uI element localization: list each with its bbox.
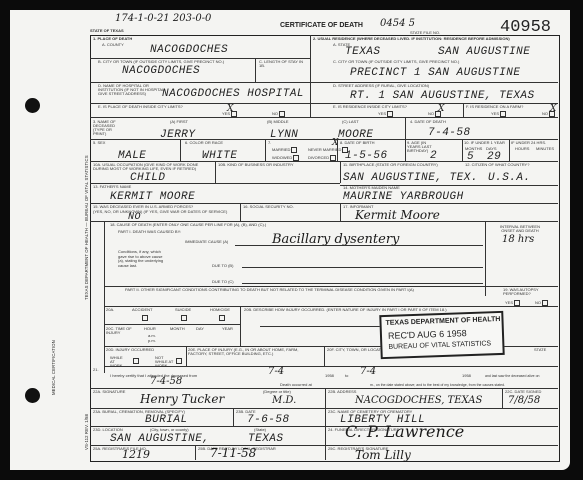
suicide-checkbox[interactable] — [181, 315, 187, 321]
residence-street-label: d. STREET ADDRESS (If rural, give locati… — [333, 84, 429, 88]
physician-signature: Henry Tucker — [140, 392, 224, 406]
state-sub-label: (State) — [254, 428, 266, 432]
injury-location-label: 20f. CITY, TOWN, OR LOCATION — [327, 348, 388, 352]
death-certificate: TEXAS DEPARTMENT OF HEALTH — BUREAU OF V… — [10, 10, 570, 470]
attended-from-date: 7-4 — [268, 366, 284, 377]
part1-label: PART I. DEATH WAS CAUSED BY: — [118, 230, 181, 234]
stamp-line-3: BUREAU OF VITAL STATISTICS — [388, 340, 491, 351]
widowed-label: Widowed — [272, 155, 292, 160]
birthplace-label: 11. BIRTHPLACE (State or foreign country… — [343, 163, 438, 167]
residence-county: SAN AUGUSTINE — [438, 46, 530, 58]
race-label: 6. COLOR OR RACE — [185, 141, 223, 145]
residence-inside-label: e. IS RESIDENCE INSIDE CITY LIMITS? — [333, 105, 407, 109]
injury-state-label: STATE — [534, 348, 546, 352]
ssn-label: 16. SOCIAL SECURITY NO. — [243, 205, 294, 209]
physician-degree: M.D. — [272, 395, 296, 406]
autopsy-label: 19. WAS AUTOPSY PERFORMED? — [503, 288, 555, 296]
residence-city-label: c. CITY OR TOWN (If outside city limits,… — [333, 60, 459, 64]
funeral-director-signature: C. P. Lawrence — [345, 422, 464, 441]
institution-label: d. NAME OF HOSPITAL OR INSTITUTION (If n… — [98, 84, 168, 96]
part2-label: PART II. OTHER SIGNIFICANT CONDITIONS CO… — [125, 288, 414, 292]
burial-state: TEXAS — [248, 433, 284, 445]
while-at-work-checkbox[interactable] — [133, 358, 139, 364]
year-label: Year — [222, 327, 233, 331]
state-label: STATE OF TEXAS — [90, 29, 124, 33]
burial-date: 7-6-58 — [247, 414, 290, 426]
attended-to-date: 7-4 — [360, 366, 376, 377]
last-seen-text: and last saw the deceased alive on — [485, 374, 539, 378]
stamp-line-1: TEXAS DEPARTMENT OF HEALTH — [385, 316, 500, 327]
death-occurred-text: Death occurred at — [280, 383, 312, 387]
inside-limits-label: e. IS PLACE OF DEATH INSIDE CITY LIMITS? — [98, 105, 183, 109]
place-of-death-label: 1. PLACE OF DEATH — [93, 37, 132, 41]
married-label: Married — [272, 147, 290, 152]
no-label: NO — [428, 111, 434, 116]
manner-label: 20a. — [106, 308, 114, 312]
marital-never-married[interactable]: Never Married — [308, 147, 348, 153]
registrar-file-no: 1219 — [122, 448, 150, 461]
first-name-label: (a) First — [170, 120, 188, 124]
marital-married[interactable]: Married — [272, 147, 297, 153]
yes-label: YES — [491, 111, 499, 116]
marital-label: 7. — [268, 141, 271, 145]
day-label: Day — [196, 327, 204, 331]
date-of-death-label: 4. DATE OF DEATH — [410, 120, 446, 124]
interval-label: INTERVAL BETWEEN ONSET AND DEATH — [500, 225, 540, 233]
certification-label: 21. — [93, 368, 99, 372]
attended-from-year: 1958 — [325, 374, 334, 378]
to-label: to — [345, 374, 348, 378]
due-to-c-label: DUE TO (c) — [212, 280, 234, 284]
date-signed-label: 22c. DATE SIGNED — [505, 390, 541, 394]
death-institution: NACOGDOCHES HOSPITAL — [162, 88, 304, 100]
father-label: 13. FATHER'S NAME — [93, 185, 131, 189]
residence-farm-label: f. IS RESIDENCE ON A FARM? — [466, 105, 523, 109]
degree-label: (Degree or title) — [263, 390, 291, 394]
length-of-stay-label: c. LENGTH OF STAY in 1b. — [259, 60, 309, 68]
side-medical-text: MEDICAL CERTIFICATION — [51, 340, 56, 395]
homicide-label: HOMICIDE — [210, 308, 230, 312]
under-24-hrs-label: IF UNDER 24 HRS. — [511, 141, 546, 145]
burial-location: SAN AUGUSTINE, — [110, 433, 209, 445]
time-of-injury-label: 20c. TIME OF INJURY — [106, 327, 136, 335]
no-label: NO — [272, 111, 278, 116]
side-form-number: VS-112 REV. 1/58 — [84, 414, 89, 450]
no-label: NO — [535, 300, 541, 305]
registrar-signature: Tom Lilly — [355, 448, 411, 462]
interval: 18 hrs — [502, 234, 534, 245]
not-at-work-checkbox[interactable] — [176, 358, 182, 364]
age-label: 9. AGE (In years last birthday) — [407, 141, 432, 153]
minutes-label: Minutes — [536, 147, 554, 151]
yes-label: YES — [505, 300, 513, 305]
middle-name-label: (b) Middle — [267, 120, 289, 124]
stamp-date: REC'D AUG 6 1958 — [388, 328, 467, 341]
immediate-cause-label: IMMEDIATE CAUSE (a) — [185, 240, 228, 244]
name-label: 3. NAME OF DECEASED (Type or print) — [93, 120, 125, 136]
certificate-title: CERTIFICATE OF DEATH — [280, 22, 363, 29]
address-label: 22b. ADDRESS — [328, 390, 356, 394]
residence-state: TEXAS — [345, 46, 381, 58]
punch-hole-bottom — [25, 388, 40, 403]
yes-label: YES — [378, 111, 386, 116]
location-sub-label: (City, town, or county) — [150, 428, 189, 432]
conditions-note: Conditions, if any, which gave rise to a… — [118, 250, 166, 268]
date-signed: 7/8/58 — [508, 395, 540, 406]
homicide-checkbox[interactable] — [219, 315, 225, 321]
death-city: NACOGDOCHES — [122, 65, 200, 77]
burial-type: BURIAL — [145, 414, 188, 426]
married-checkbox[interactable] — [291, 147, 297, 153]
death-county: NACOGDOCHES — [150, 44, 228, 56]
accident-label: ACCIDENT — [132, 308, 152, 312]
residence-city: PRECINCT 1 SAN AUGUSTINE — [350, 67, 520, 79]
father-name: KERMIT MOORE — [110, 191, 195, 203]
residence-inside-mark: X — [438, 104, 444, 114]
date-of-death: 7-4-58 — [428, 127, 471, 139]
received-stamp: TEXAS DEPARTMENT OF HEALTH REC'D AUG 6 1… — [379, 311, 504, 359]
cause-label: 18. CAUSE OF DEATH (Enter only one cause… — [110, 223, 266, 227]
suicide-label: SUICIDE — [175, 308, 191, 312]
state-file-number: 0454 5 — [380, 18, 415, 29]
business-label: 10b. KIND OF BUSINESS OR INDUSTRY — [218, 163, 294, 167]
certification-statement: m., on the date stated above; and to the… — [370, 383, 505, 387]
accident-checkbox[interactable] — [142, 315, 148, 321]
hour-label: Hour — [144, 327, 156, 331]
residence-street: RT. 1 SAN AUGUSTINE, TEXAS — [350, 90, 535, 102]
inside-limits-mark: X — [227, 104, 233, 114]
signature-label: 22a. SIGNATURE — [93, 390, 125, 394]
physician-address: NACOGDOCHES, TEXAS — [355, 395, 482, 406]
punch-hole-top — [25, 98, 40, 113]
pm-label: p.m. — [148, 339, 156, 343]
mother-label: 14. MOTHER'S MAIDEN NAME — [343, 186, 400, 190]
occupation-label: 10a. USUAL OCCUPATION (Give kind of work… — [93, 163, 208, 171]
side-department-text: TEXAS DEPARTMENT OF HEALTH — BUREAU OF V… — [84, 155, 89, 300]
residence-farm-mark: X — [550, 104, 556, 114]
mother-maiden-name: MAURINE YARBROUGH — [343, 191, 464, 203]
no-label: NO — [542, 111, 548, 116]
armed-forces-sublabel: (Yes, no, or unknown) (If yes, give war … — [93, 210, 227, 214]
county-label: a. COUNTY — [102, 43, 124, 47]
divorced-label: Divorced — [308, 155, 329, 160]
describe-injury-label: 20b. DESCRIBE HOW INJURY OCCURRED. (Ente… — [244, 308, 447, 312]
dob-label: 8. DATE OF BIRTH — [340, 141, 375, 145]
city-label: b. CITY OR TOWN (If outside city limits,… — [98, 60, 224, 64]
burial-location-label: 23d. LOCATION — [93, 428, 123, 432]
month-label: Month — [170, 327, 185, 331]
under-1-year-label: 10. IF UNDER 1 YEAR — [464, 141, 505, 145]
hours-label: Hours — [515, 147, 529, 151]
date-received: 7-11-58 — [210, 446, 256, 460]
citizen-label: 12. CITIZEN OF WHAT COUNTRY? — [465, 163, 529, 167]
birthplace: SAN AUGUSTINE, TEX. — [343, 172, 478, 184]
due-to-b-label: DUE TO (b) — [212, 264, 233, 268]
handwritten-codes: 174-1-0-21 203-0-0 — [115, 13, 211, 24]
last-seen-date: 7-4-58 — [150, 376, 182, 387]
informant-signature: Kermit Moore — [355, 208, 440, 222]
attended-to-year: 1958 — [462, 374, 471, 378]
citizenship: U.S.A. — [488, 172, 531, 184]
residence-label: 2. USUAL RESIDENCE (Where deceased lived… — [313, 37, 510, 41]
last-name-label: (c) Last — [342, 120, 359, 124]
injury-occurred-label: 20d. INJURY OCCURRED — [106, 348, 154, 352]
sex-label: 5. SEX — [93, 141, 105, 145]
place-of-injury-label: 20e. PLACE OF INJURY (e.g., in or about … — [188, 348, 318, 356]
